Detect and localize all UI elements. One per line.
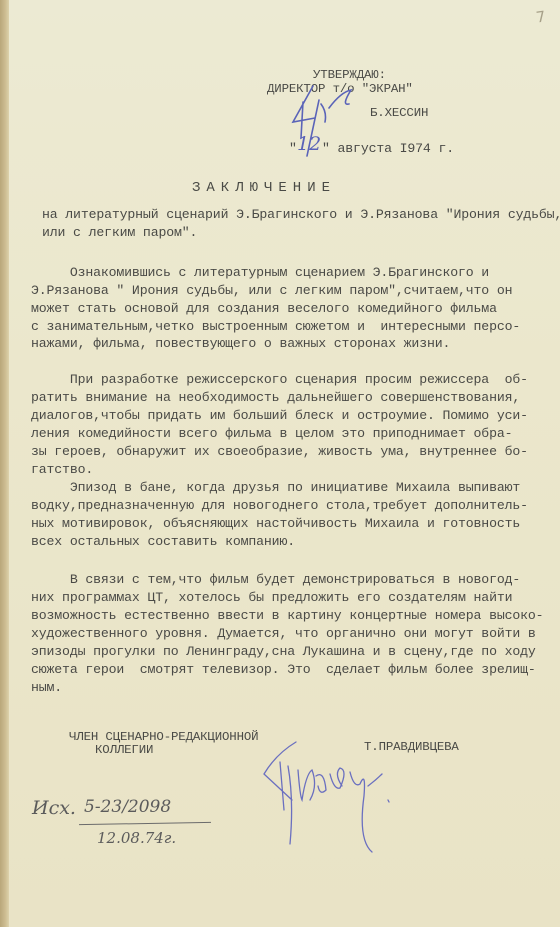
body-line: ных мотивировок, объясняющих настойчивос… [31,517,520,530]
page-number: 7 [535,7,547,26]
registration-prefix: Исх. [32,797,76,819]
body-line: ратить внимание на необходимость дальней… [31,391,520,404]
body-line: гатство. [31,463,93,476]
body-line: нажами, фильма, повествующего о важных с… [31,337,450,350]
body-line: возможность естественно ввести в картину… [31,609,543,622]
body-line: В связи с тем,что фильм будет демонстрир… [31,573,520,586]
date-open-quote: " [289,142,297,155]
registration-date: 12.08.74г. [97,829,176,847]
signatory-signature-icon [254,740,414,860]
subject-line-1: на литературный сценарий Э.Брагинского и… [42,208,560,221]
registration-divider [79,822,211,825]
document-title: ЗАКЛЮЧЕНИЕ [192,181,336,195]
date-day-handwritten: 12 [297,133,321,155]
body-line: зы героев, обнаружит их своеобразие, жив… [31,445,528,458]
page-binding-edge [0,0,9,927]
body-line: ления комедийности всего фильма в целом … [31,427,512,440]
body-line: художественного уровня. Думается, что ор… [31,627,536,640]
body-line: Э.Рязанова " Ирония судьбы, или с легким… [31,284,512,297]
body-line: Эпизод в бане, когда друзья по инициатив… [31,481,520,494]
approval-name: Б.ХЕССИН [370,107,428,119]
signatory-role-line-2: КОЛЛЕГИИ [95,744,153,756]
body-line: ным. [31,681,62,694]
body-line: диалогов,чтобы придать им больший блеск … [31,409,528,422]
body-line: сюжета герои смотрят телевизор. Это сдел… [31,663,536,676]
signatory-role-line-1: ЧЛЕН СЦЕНАРНО-РЕДАКЦИОННОЙ [69,731,258,743]
body-line: эпизоды прогулки по Ленинграду,сна Лукаш… [31,645,536,658]
body-line: При разработке режиссерского сценария пр… [31,373,528,386]
body-line: всех остальных составить компанию. [31,535,295,548]
document-page: 7 УТВЕРЖДАЮ: ДИРЕКТОР т/о "ЭКРАН" Б.ХЕСС… [9,0,560,927]
date-rest: " августа I974 г. [322,142,454,155]
body-line: водку,предназначенную для новогоднего ст… [31,499,528,512]
body-line: может стать основой для создания веселог… [31,302,497,315]
body-line: Ознакомившись с литературным сценарием Э… [31,266,489,279]
body-line: с занимательным,четко выстроенным сюжето… [31,320,520,333]
approval-heading: УТВЕРЖДАЮ: [313,69,386,81]
subject-line-2: или с легким паром". [42,226,197,239]
registration-number: 5-23/2098 [84,797,171,817]
body-line: них программах ЦТ, хотелось бы предложит… [31,591,512,604]
